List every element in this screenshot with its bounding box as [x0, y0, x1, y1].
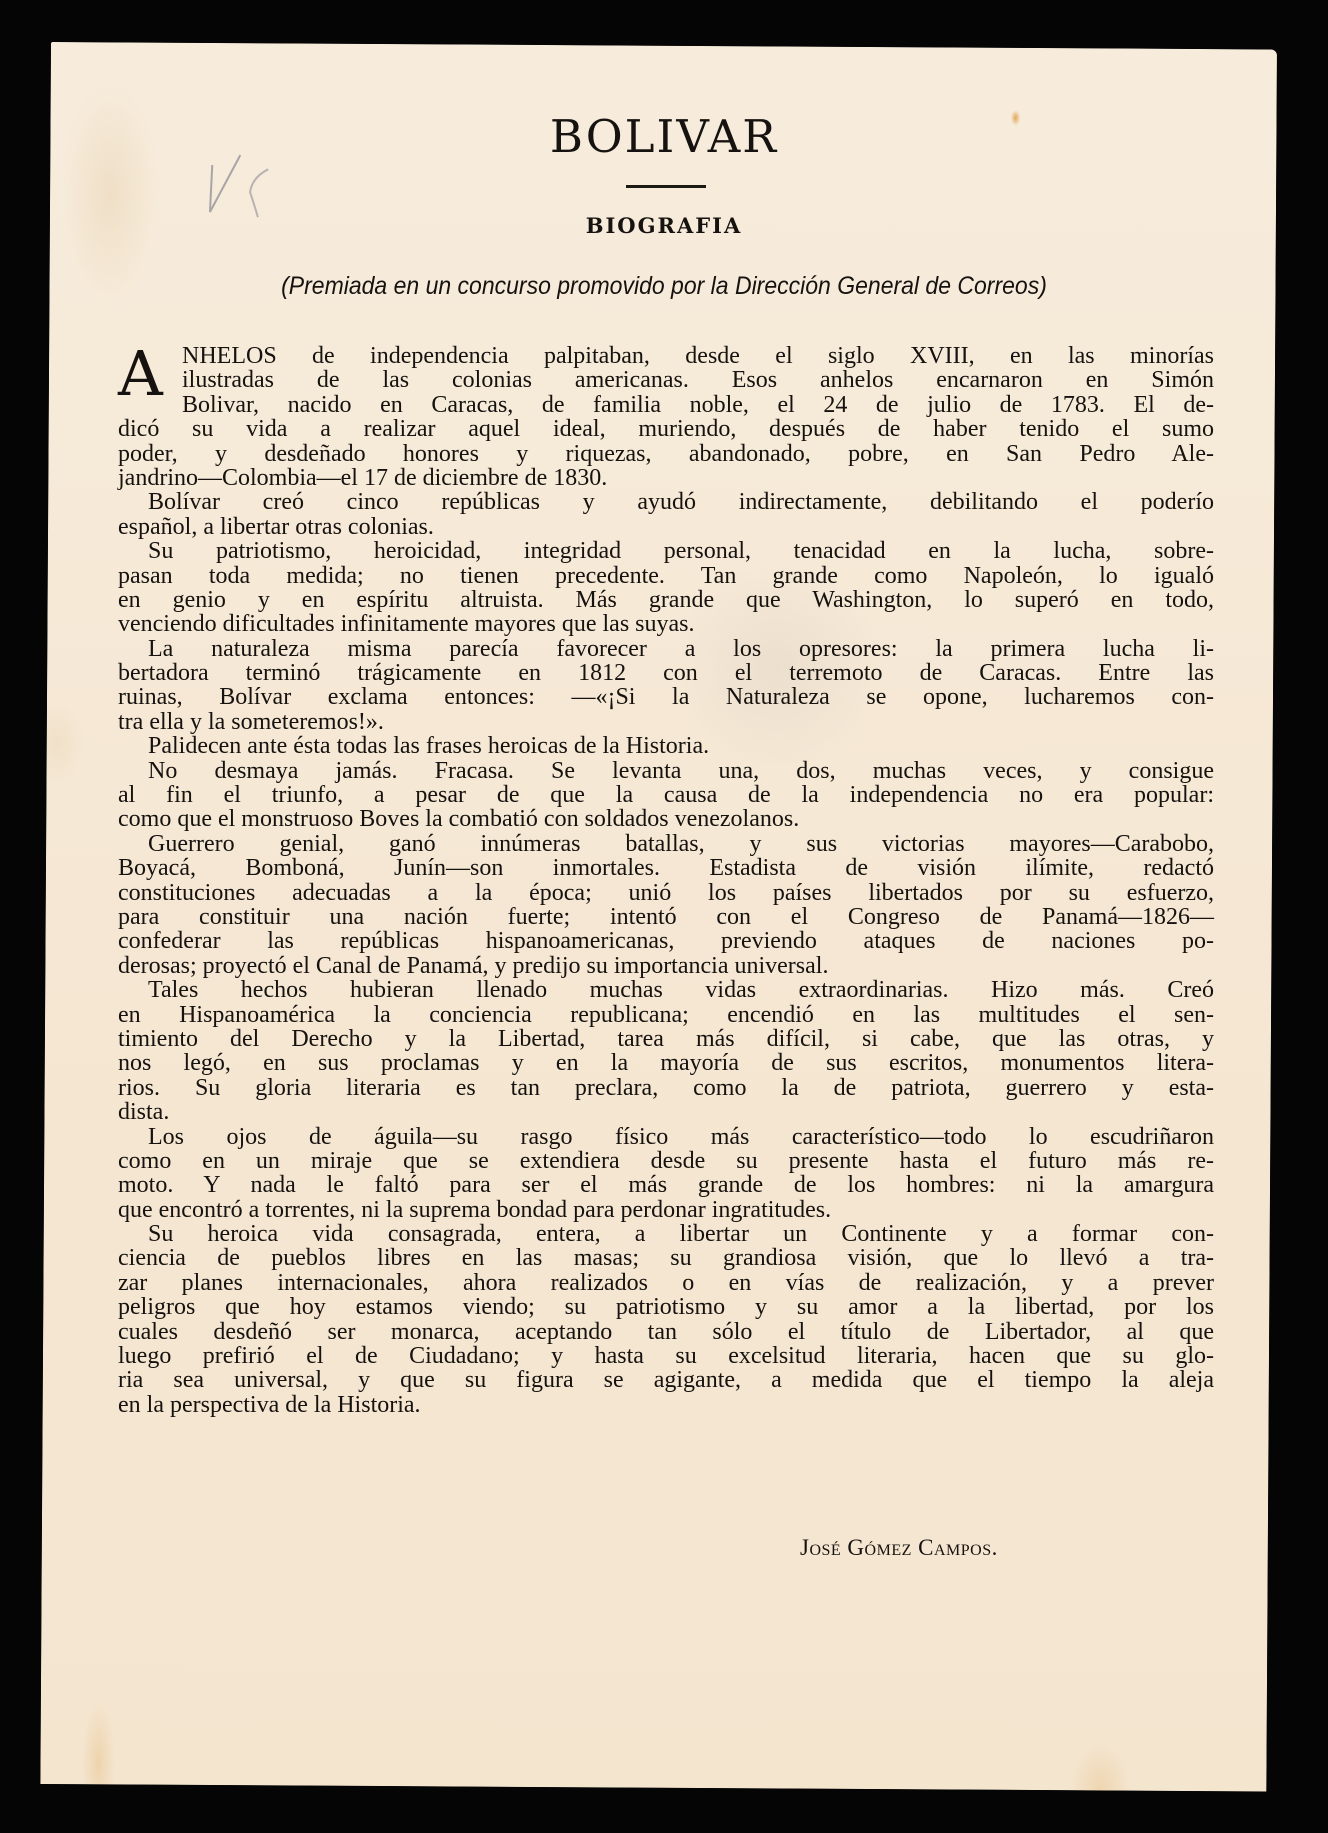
- text-line: poder, y desdeñado honores y riquezas, a…: [118, 442, 1214, 466]
- text-line: Palidecen ante ésta todas las frases her…: [118, 734, 1214, 758]
- text-line: Tales hechos hubieran llenado muchas vid…: [118, 978, 1214, 1002]
- text-line: en Hispanoamérica la conciencia republic…: [118, 1003, 1214, 1027]
- text-line: bertadora terminó trágicamente en 1812 c…: [118, 661, 1214, 685]
- text-line: español, a libertar otras colonias.: [118, 515, 1214, 539]
- text-line: moto. Y nada le faltó para ser el más gr…: [118, 1173, 1214, 1197]
- text-line: rios. Su gloria literaria es tan preclar…: [118, 1076, 1214, 1100]
- text-line: cuales desdeñó ser monarca, aceptando ta…: [118, 1320, 1214, 1344]
- text-line: No desmaya jamás. Fracasa. Se levanta un…: [118, 759, 1214, 783]
- text-line: La naturaleza misma parecía favorecer a …: [118, 637, 1214, 661]
- text-line: para constituir una nación fuerte; inten…: [118, 905, 1214, 929]
- biography-text: A NHELOS de independencia palpitaban, de…: [118, 344, 1214, 1417]
- text-line: constituciones adecuadas a la época; uni…: [118, 881, 1214, 905]
- text-line: NHELOS de independencia palpitaban, desd…: [118, 344, 1214, 368]
- text-line: venciendo dificultades infinitamente may…: [118, 612, 1214, 636]
- text-line: dista.: [118, 1100, 1214, 1124]
- text-line: luego prefirió el de Ciudadano; y hasta …: [118, 1344, 1214, 1368]
- text-line: jandrino—Colombia—el 17 de diciembre de …: [118, 466, 1214, 490]
- text-line: zar planes internacionales, ahora realiz…: [118, 1271, 1214, 1295]
- text-line: confederar las repúblicas hispanoamerica…: [118, 929, 1214, 953]
- text-line: Su heroica vida consagrada, entera, a li…: [118, 1222, 1214, 1246]
- text-line: Bolivar, nacido en Caracas, de familia n…: [118, 393, 1214, 417]
- text-line: en genio y en espíritu altruista. Más gr…: [118, 588, 1214, 612]
- text-line: Boyacá, Bomboná, Junín—son inmortales. E…: [118, 856, 1214, 880]
- text-line: peligros que hoy estamos viendo; su patr…: [118, 1295, 1214, 1319]
- text-line: al fin el triunfo, a pesar de que la cau…: [118, 783, 1214, 807]
- text-line: ilustradas de las colonias americanas. E…: [118, 368, 1214, 392]
- text-line: Bolívar creó cinco repúblicas y ayudó in…: [118, 490, 1214, 514]
- drop-cap: A: [118, 346, 163, 402]
- text-line: timiento del Derecho y la Libertad, tare…: [118, 1027, 1214, 1051]
- text-line: Guerrero genial, ganó innúmeras batallas…: [118, 832, 1214, 856]
- document-subtitle: BIOGRAFIA: [0, 213, 1328, 238]
- text-line: pasan toda medida; no tienen precedente.…: [118, 564, 1214, 588]
- award-note: (Premiada en un concurso promovido por l…: [53, 272, 1275, 301]
- text-line: Su patriotismo, heroicidad, integridad p…: [118, 539, 1214, 563]
- text-line: como que el monstruoso Boves la combatió…: [118, 807, 1214, 831]
- text-line: Los ojos de águila—su rasgo físico más c…: [118, 1125, 1214, 1149]
- text-line: ruinas, Bolívar exclama entonces: —«¡Si …: [118, 685, 1214, 709]
- text-line: en la perspectiva de la Historia.: [118, 1393, 1214, 1417]
- text-line: nos legó, en sus proclamas y en la mayor…: [118, 1051, 1214, 1075]
- document-title: BOLIVAR: [0, 110, 1328, 163]
- text-line: ria sea universal, y que su figura se ag…: [118, 1368, 1214, 1392]
- text-line: como en un miraje que se extendiera desd…: [118, 1149, 1214, 1173]
- text-line: ciencia de pueblos libres en las masas; …: [118, 1246, 1214, 1270]
- title-divider: [626, 185, 706, 188]
- author-signature: José Gómez Campos.: [800, 1535, 998, 1561]
- text-line: dicó su vida a realizar aquel ideal, mur…: [118, 417, 1214, 441]
- text-line: tra ella y la someteremos!».: [118, 710, 1214, 734]
- text-line: que encontró a torrentes, ni la suprema …: [118, 1198, 1214, 1222]
- text-line: derosas; proyectó el Canal de Panamá, y …: [118, 954, 1214, 978]
